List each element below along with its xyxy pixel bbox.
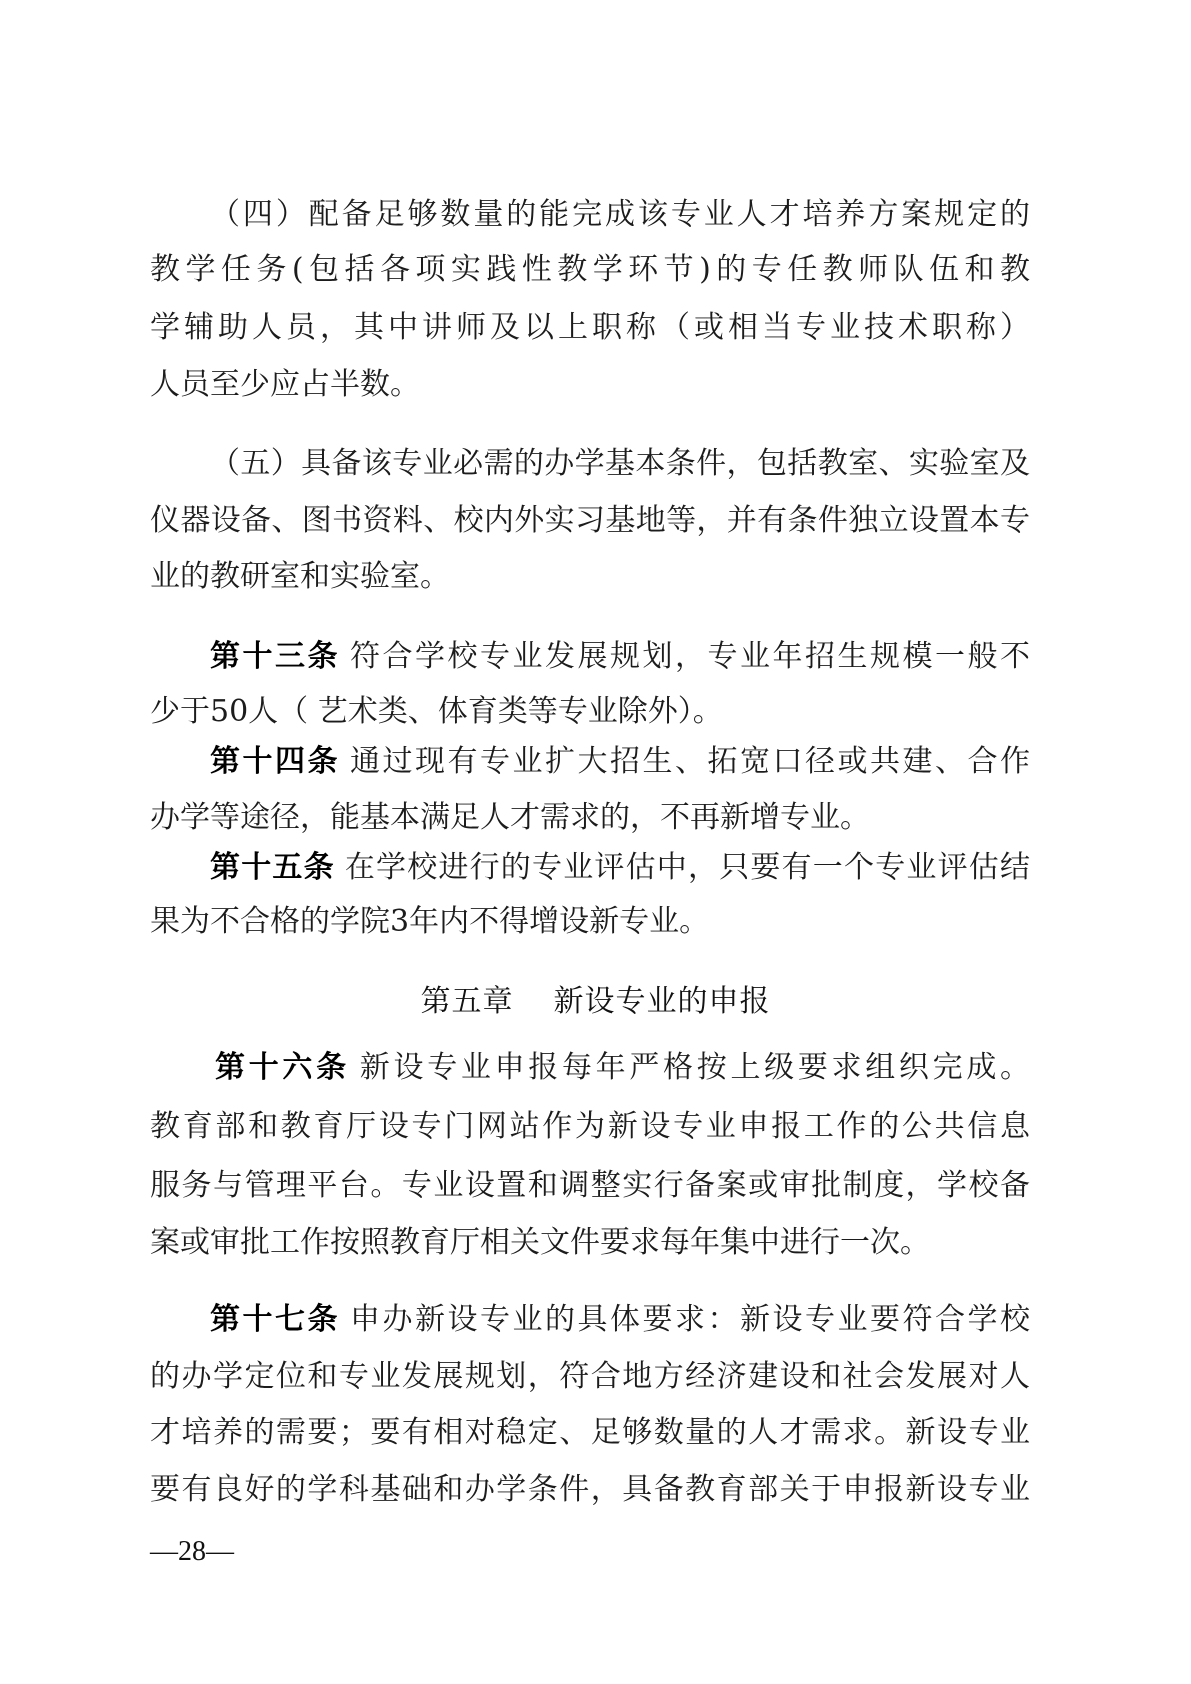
article-16-line-1: 第十六条新设专业申报每年严格按上级要求组织完成。	[215, 1048, 1030, 1088]
paragraph-4-line-2: 教学任务(包括各项实践性教学环节)的专任教师队伍和教	[150, 250, 1030, 290]
paragraph-5-line-1: （五）具备该专业必需的办学基本条件，包括教室、实验室及	[210, 444, 1030, 484]
article-16-line-4: 案或审批工作按照教育厅相关文件要求每年集中进行一次。	[150, 1223, 1030, 1263]
article-15-line-2: 果为不合格的学院3年内不得增设新专业。	[150, 902, 1030, 942]
article-17-line-4: 要有良好的学科基础和办学条件，具备教育部关于申报新设专业	[150, 1470, 1030, 1510]
article-17-line-2: 的办学定位和专业发展规划，符合地方经济建设和社会发展对人	[150, 1357, 1030, 1397]
article-13-heading: 第十三条	[210, 639, 340, 674]
article-15-line-1: 第十五条在学校进行的专业评估中，只要有一个专业评估结	[210, 848, 1030, 888]
article-13-line-2: 少于50人（ 艺术类、体育类等专业除外）。	[150, 692, 1030, 732]
paragraph-4-line-3: 学辅助人员，其中讲师及以上职称（或相当专业技术职称）	[150, 308, 1030, 348]
article-16-line-3: 服务与管理平台。专业设置和调整实行备案或审批制度，学校备	[150, 1166, 1030, 1206]
article-16-heading: 第十六条	[215, 1050, 350, 1085]
paragraph-4-line-4: 人员至少应占半数。	[150, 365, 1030, 405]
paragraph-4-line-1: （四）配备足够数量的能完成该专业人才培养方案规定的	[210, 195, 1030, 235]
article-14-line-1: 第十四条通过现有专业扩大招生、拓宽口径或共建、合作	[210, 742, 1030, 782]
article-16-text: 新设专业申报每年严格按上级要求组织完成。	[360, 1050, 1030, 1085]
article-17-heading: 第十七条	[210, 1302, 340, 1337]
article-15-text: 在学校进行的专业评估中，只要有一个专业评估结	[345, 850, 1030, 885]
chapter-number: 第五章	[421, 984, 514, 1019]
article-13-text: 符合学校专业发展规划，专业年招生规模一般不	[350, 639, 1030, 674]
chapter-heading: 第五章新设专业的申报	[0, 982, 1191, 1022]
article-14-heading: 第十四条	[210, 744, 340, 779]
paragraph-5-line-3: 业的教研室和实验室。	[150, 557, 1030, 597]
article-14-text: 通过现有专业扩大招生、拓宽口径或共建、合作	[350, 744, 1030, 779]
article-17-line-1: 第十七条申办新设专业的具体要求：新设专业要符合学校	[210, 1300, 1030, 1340]
document-page: （四）配备足够数量的能完成该专业人才培养方案规定的 教学任务(包括各项实践性教学…	[0, 0, 1191, 1684]
article-14-line-2: 办学等途径，能基本满足人才需求的，不再新增专业。	[150, 798, 1030, 838]
article-15-heading: 第十五条	[210, 850, 335, 885]
article-16-line-2: 教育部和教育厅设专门网站作为新设专业申报工作的公共信息	[150, 1107, 1030, 1147]
article-13-line-1: 第十三条符合学校专业发展规划，专业年招生规模一般不	[210, 637, 1030, 677]
article-17-text: 申办新设专业的具体要求：新设专业要符合学校	[350, 1302, 1030, 1337]
article-17-line-3: 才培养的需要；要有相对稳定、足够数量的人才需求。新设专业	[150, 1413, 1030, 1453]
page-number: —28—	[150, 1535, 234, 1569]
chapter-title: 新设专业的申报	[554, 984, 771, 1019]
paragraph-5-line-2: 仪器设备、图书资料、校内外实习基地等，并有条件独立设置本专	[150, 501, 1030, 541]
